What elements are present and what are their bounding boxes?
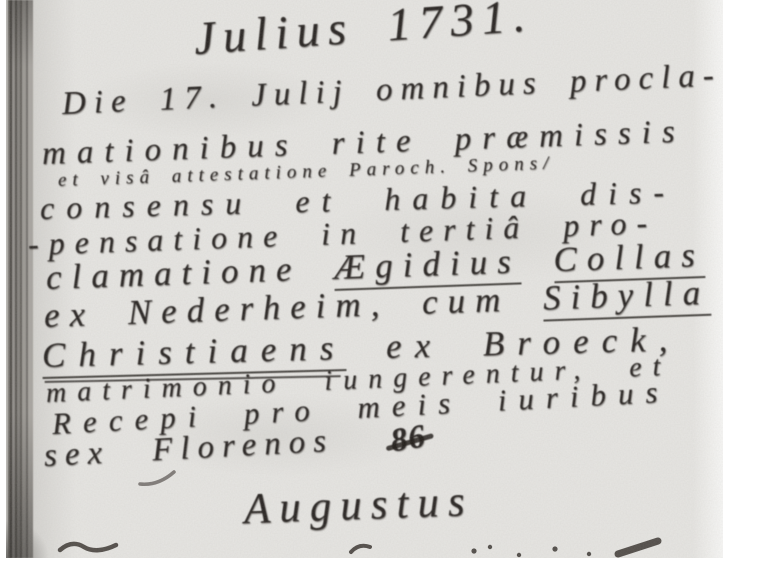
month-heading-augustus: Augustus	[243, 480, 474, 531]
word-ex: ex	[43, 294, 95, 335]
struck-out-mark: 86	[388, 420, 428, 458]
line-die-17-julij: Die 17. Julij omnibus procla-	[61, 59, 722, 121]
groom-place: Nederheim,	[127, 284, 390, 332]
line-die-17-julij-text: Die 17. Julij omnibus procla-	[61, 57, 722, 122]
bride-first-name: Sibylla	[542, 273, 711, 322]
month-heading-julius: Julius 1731.	[192, 0, 534, 63]
book-gutter-shadow	[8, 0, 33, 558]
scanned-register-page: Julius 1731. Die 17. Julij omnibus procl…	[0, 0, 770, 586]
paper-sheet: Julius 1731. Die 17. Julij omnibus procl…	[6, 0, 723, 558]
word-ex-2: ex	[386, 326, 444, 366]
word-cum: cum	[421, 280, 511, 322]
month-heading-augustus-text: Augustus	[243, 478, 474, 533]
month-heading-julius-text: Julius 1731.	[192, 0, 535, 65]
